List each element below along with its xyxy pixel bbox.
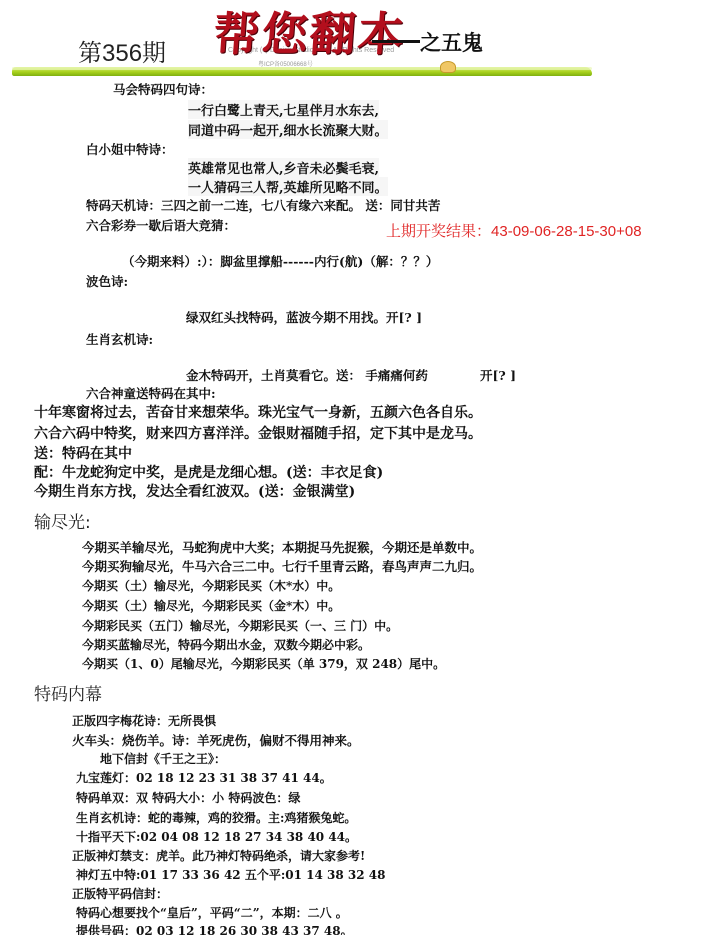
last-result-label: 上期开奖结果：43-09-06-28-15-30+08 xyxy=(386,220,642,241)
shentong-line-1: 十年寒窗将过去，苦奋甘来想荣华。珠光宝气一身新，五颜六色各自乐。 xyxy=(34,402,482,422)
last-result-label-text: 上期开奖结果： xyxy=(386,223,491,240)
miss-bai-line-2: 一人猜码三人帮,英雄所见略不同。 xyxy=(188,177,388,196)
inside-line-6: 生肖玄机诗：蛇的毒辣，鸡的狡猾。主:鸡猪猴兔蛇。 xyxy=(76,809,356,826)
inside-line-2: 火车头：烧伤羊。诗：羊死虎伤，偏财不得用神来。 xyxy=(72,731,360,749)
section-heading-wave-poem: 波色诗: xyxy=(86,272,128,290)
section-heading-horse-poem: 马会特码四句诗： xyxy=(113,80,213,98)
miss-bai-line-1: 英雄常见也常人,乡音未必鬓毛衰, xyxy=(188,158,379,177)
lose-all-line-2: 今期买狗输尽光，牛马六合三二中。七行千里青云路，春鸟声声二九归。 xyxy=(82,557,482,575)
horse-poem-line-1: 一行白鹭上青天,七星伴月水东去, xyxy=(188,100,379,119)
section-heading-inside: 特码内幕 xyxy=(34,680,102,705)
lose-all-line-7: 今期买（1、0）尾输尽光，今期彩民买（单 379，双 248）尾中。 xyxy=(82,655,445,672)
lose-all-line-6: 今期买蓝输尽光，特码今期出水金，双数今期必中彩。 xyxy=(82,636,370,653)
shentong-line-4: 配：牛龙蛇狗定中奖，是虎是龙细心想。(送：丰衣足食) xyxy=(34,462,383,482)
inside-line-5: 特码单双：双 特码大小：小 特码波色：绿 xyxy=(76,789,300,806)
green-banner-highlight xyxy=(12,67,592,70)
section-heading-shentong: 六合神童送特码在其中: xyxy=(86,384,216,402)
lose-all-line-1: 今期买羊输尽光，马蛇狗虎中大奖；本期捉马先捉猴，今期还是单数中。 xyxy=(82,538,482,556)
inside-line-3: 地下信封《千王之王》： xyxy=(100,750,226,767)
lose-all-line-4: 今期买（土）输尽光，今期彩民买（金*木）中。 xyxy=(82,597,340,614)
lose-all-line-3: 今期买（土）输尽光，今期彩民买（木*水）中。 xyxy=(82,577,340,594)
inside-line-8: 正版神灯禁支：虎羊。此乃神灯特码绝杀，请大家参考! xyxy=(72,847,365,864)
lose-all-line-5: 今期彩民买（五门）输尽光，今期彩民买（一、三 门）中。 xyxy=(82,617,398,634)
inside-line-11: 特码心想要找个“皇后”，平码“二”，本期：二八 。 xyxy=(76,904,348,921)
section-heading-xiehouyu: 六合彩券一歇后语大竞猜： xyxy=(86,216,236,234)
inside-line-9: 神灯五中特:01 17 33 36 42 五个平:01 14 38 32 48 xyxy=(76,866,385,883)
tianji-poem: 特码天机诗：三四之前一二连，七八有缘六来配。 送：同甘共苦 xyxy=(86,196,440,214)
inside-line-10: 正版特平码信封： xyxy=(72,885,168,902)
section-heading-lose-all: 输尽光: xyxy=(34,508,91,533)
inside-line-7: 十指平天下:02 04 08 12 18 27 34 38 40 44。 xyxy=(76,828,357,845)
shentong-line-5: 今期生肖东方找，发达全看红波双。(送：金银满堂) xyxy=(34,481,355,501)
title-dash-divider xyxy=(372,40,420,43)
page-title: 帮您翻本 xyxy=(212,0,409,64)
zodiac-poem-line: 金木特码开，土肖莫看它。送： 手痛痛何药 xyxy=(186,366,428,384)
zodiac-poem-open: 开[? ] xyxy=(480,366,516,384)
inside-line-12: 提供号码：02 03 12 18 26 30 38 43 37 48。 xyxy=(76,922,353,935)
wave-poem-line: 绿双红头找特码，蓝波今期不用找。开[? ] xyxy=(186,308,422,326)
xiehouyu-line: （今期来料）:）：脚盆里撑船------内行(航)（解：？？） xyxy=(122,252,438,270)
inside-line-1: 正版四字梅花诗：无所畏惧 xyxy=(72,712,216,729)
last-result-numbers: 43-09-06-28-15-30+08 xyxy=(491,223,642,240)
section-heading-miss-bai: 白小姐中特诗： xyxy=(86,140,174,158)
inside-line-4: 九宝莲灯：02 18 12 23 31 38 37 41 44。 xyxy=(76,769,332,786)
page-subtitle: 之五鬼 xyxy=(420,27,483,57)
shentong-line-2: 六合六码中特奖，财来四方喜洋洋。金银财福随手招，定下其中是龙马。 xyxy=(34,423,482,443)
ornament-icon xyxy=(440,61,456,73)
horse-poem-line-2: 同道中码一起开,细水长流聚大财。 xyxy=(188,120,388,139)
shentong-line-3: 送：特码在其中 xyxy=(34,443,132,463)
section-heading-zodiac-poem: 生肖玄机诗: xyxy=(86,330,153,348)
issue-number: 第356期 xyxy=(78,33,166,68)
